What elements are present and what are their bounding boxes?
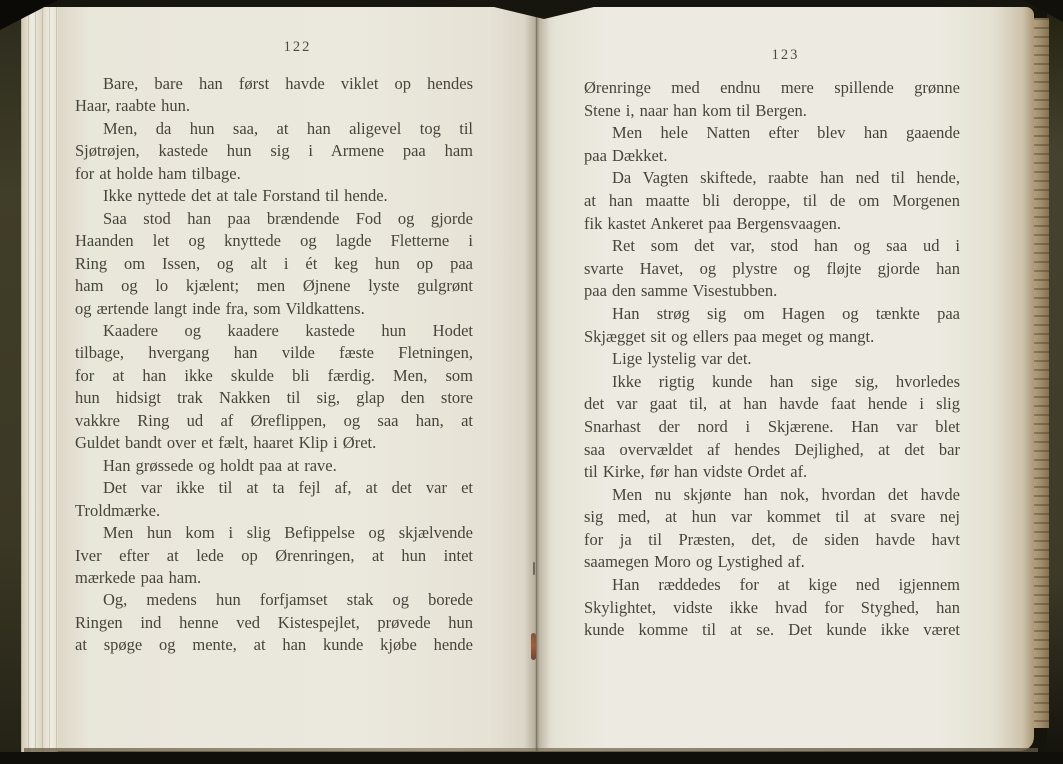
page-stack-edge-left [21,5,58,753]
paragraph: Da Vagten skiftede, raabte han ned til h… [584,167,960,235]
text-line: Haar, raabte hun. [75,95,473,117]
text-line: hun hidsigt trak Nakken til sig, glap de… [75,387,473,409]
text-line: Ringen ind henne ved Kistespejlet, prøve… [75,612,473,634]
text-line: til Kirke, før han vidste Ordet af. [584,461,960,484]
paragraph: Ikke nyttede det at tale Forstand til he… [75,185,473,207]
text-line: saa overvældet af hendes Dejlighed, at d… [584,439,960,462]
text-line: Guldet bandt over et fælt, haaret Klip i… [75,432,473,454]
text-line: Han ræddedes for at kige ned igjennem [584,574,960,597]
text-line: Men hele Natten efter blev han gaaende [584,122,960,145]
paragraph: Men, da hun saa, at han aligevel tog til… [75,118,473,185]
gutter-speck-red [531,633,536,660]
text-line: Haanden let og knyttede og lagde Fletter… [75,230,473,252]
paragraph: Men nu skjønte han nok, hvordan det havd… [584,484,960,574]
paragraph: Bare, bare han først havde viklet op hen… [75,73,473,118]
page-number-right: 123 [537,47,1034,64]
paragraph: Ret som det var, stod han og saa ud isva… [584,235,960,303]
gutter-speck-dark [533,562,535,575]
text-line: Bare, bare han først havde viklet op hen… [75,73,473,95]
text-line: Han strøg sig om Hagen og tænkte paa [584,303,960,326]
text-line: Saa stod han paa brændende Fod og gjorde [75,208,473,230]
text-line: at spøge og mente, at han kunde kjøbe he… [75,634,473,656]
page-right-text: Ørenringe med endnu mere spillende grønn… [584,77,960,642]
paragraph: Ørenringe med endnu mere spillende grønn… [584,77,960,122]
paragraph: Kaadere og kaadere kastede hun Hodettilb… [75,320,473,455]
text-line: Ikke rigtig kunde han sige sig, hvorlede… [584,371,960,394]
book-cover-left [0,0,21,764]
book-photo: 122 Bare, bare han først havde viklet op… [0,0,1063,764]
text-line: mærkede paa ham. [75,567,473,589]
text-line: ham og lo kjælent; men Øjnene lyste gulg… [75,275,473,297]
photo-background-corner-tl [0,0,58,30]
page-number-left: 122 [58,39,537,56]
text-line: Lige lystelig var det. [584,348,960,371]
text-line: Da Vagten skiftede, raabte han ned til h… [584,167,960,190]
text-line: Skjægget sit og ellers paa meget og mang… [584,326,960,349]
text-line: Stene i, naar han kom til Bergen. [584,100,960,123]
text-line: Ret som det var, stod han og saa ud i [584,235,960,258]
text-line: Troldmærke. [75,500,473,522]
text-line: Sjøtrøjen, kastede hun sig i Armene paa … [75,140,473,162]
paragraph: Men hele Natten efter blev han gaaendepa… [584,122,960,167]
text-line: Iver efter at lede op Ørenringen, at hun… [75,545,473,567]
text-line: Men, da hun saa, at han aligevel tog til [75,118,473,140]
text-line: at han maatte bli deroppe, til de om Mor… [584,190,960,213]
page-left-text: Bare, bare han først havde viklet op hen… [75,73,473,657]
text-line: Han grøssede og holdt paa at rave. [75,455,473,477]
text-line: det var gaat til, at han havde faat hend… [584,393,960,416]
text-line: sig med, at hun var kommet til at svare … [584,506,960,529]
text-line: Og, medens hun forfjamset stak og borede [75,589,473,611]
text-line: Ring om Issen, og alt i ét keg hun op pa… [75,253,473,275]
text-line: svarte Havet, og plystre og fløjte gjord… [584,258,960,281]
paragraph: Han ræddedes for at kige ned igjennemSky… [584,574,960,642]
text-line: Skylightet, vidste ikke hvad for Styghed… [584,597,960,620]
text-line: og ærtende langt inde fra, som Vildkatte… [75,298,473,320]
paragraph: Det var ikke til at ta fejl af, at det v… [75,477,473,522]
text-line: for at han ikke skulde bli færdig. Men, … [75,365,473,387]
text-line: Ørenringe med endnu mere spillende grønn… [584,77,960,100]
page-stack-edge-right [1033,18,1049,728]
text-line: Snarhast der nord i Skjærene. Han var bl… [584,416,960,439]
photo-background-bottom [0,752,1063,764]
book-cover-right [1047,0,1063,764]
text-line: kunde komme til at se. Det kunde ikke væ… [584,619,960,642]
text-line: Det var ikke til at ta fejl af, at det v… [75,477,473,499]
paragraph: Ikke rigtig kunde han sige sig, hvorlede… [584,371,960,484]
text-line: Men hun kom i slig Befippelse og skjælve… [75,522,473,544]
text-line: Ikke nyttede det at tale Forstand til he… [75,185,473,207]
photo-background-top [0,0,1063,7]
paragraph: Saa stod han paa brændende Fod og gjorde… [75,208,473,320]
text-line: saamegen Moro og Lystighed af. [584,551,960,574]
paragraph: Men hun kom i slig Befippelse og skjælve… [75,522,473,589]
paragraph: Han strøg sig om Hagen og tænkte paaSkjæ… [584,303,960,348]
photo-background-corner-tr [1023,0,1063,22]
text-line: for ja til Præsten, det, de siden havde … [584,529,960,552]
text-line: paa den samme Visestubben. [584,280,960,303]
text-line: Kaadere og kaadere kastede hun Hodet [75,320,473,342]
paragraph: Han grøssede og holdt paa at rave. [75,455,473,477]
book-gutter-shadow [524,7,550,751]
text-line: for at holde ham tilbage. [75,163,473,185]
paragraph: Og, medens hun forfjamset stak og borede… [75,589,473,656]
page-right: 123 Ørenringe med endnu mere spillende g… [537,7,1034,751]
text-line: fik kastet Ankeret paa Bergensvaagen. [584,213,960,236]
book-gutter-seam [536,7,537,751]
page-left: 122 Bare, bare han først havde viklet op… [58,7,537,751]
text-line: vakkre Ring ud af Øreflippen, og saa han… [75,410,473,432]
text-line: paa Dækket. [584,145,960,168]
paragraph: Lige lystelig var det. [584,348,960,371]
photo-background-top-dip [494,7,594,19]
text-line: Men nu skjønte han nok, hvordan det havd… [584,484,960,507]
text-line: tilbage, hvergang han vilde fæste Fletni… [75,342,473,364]
